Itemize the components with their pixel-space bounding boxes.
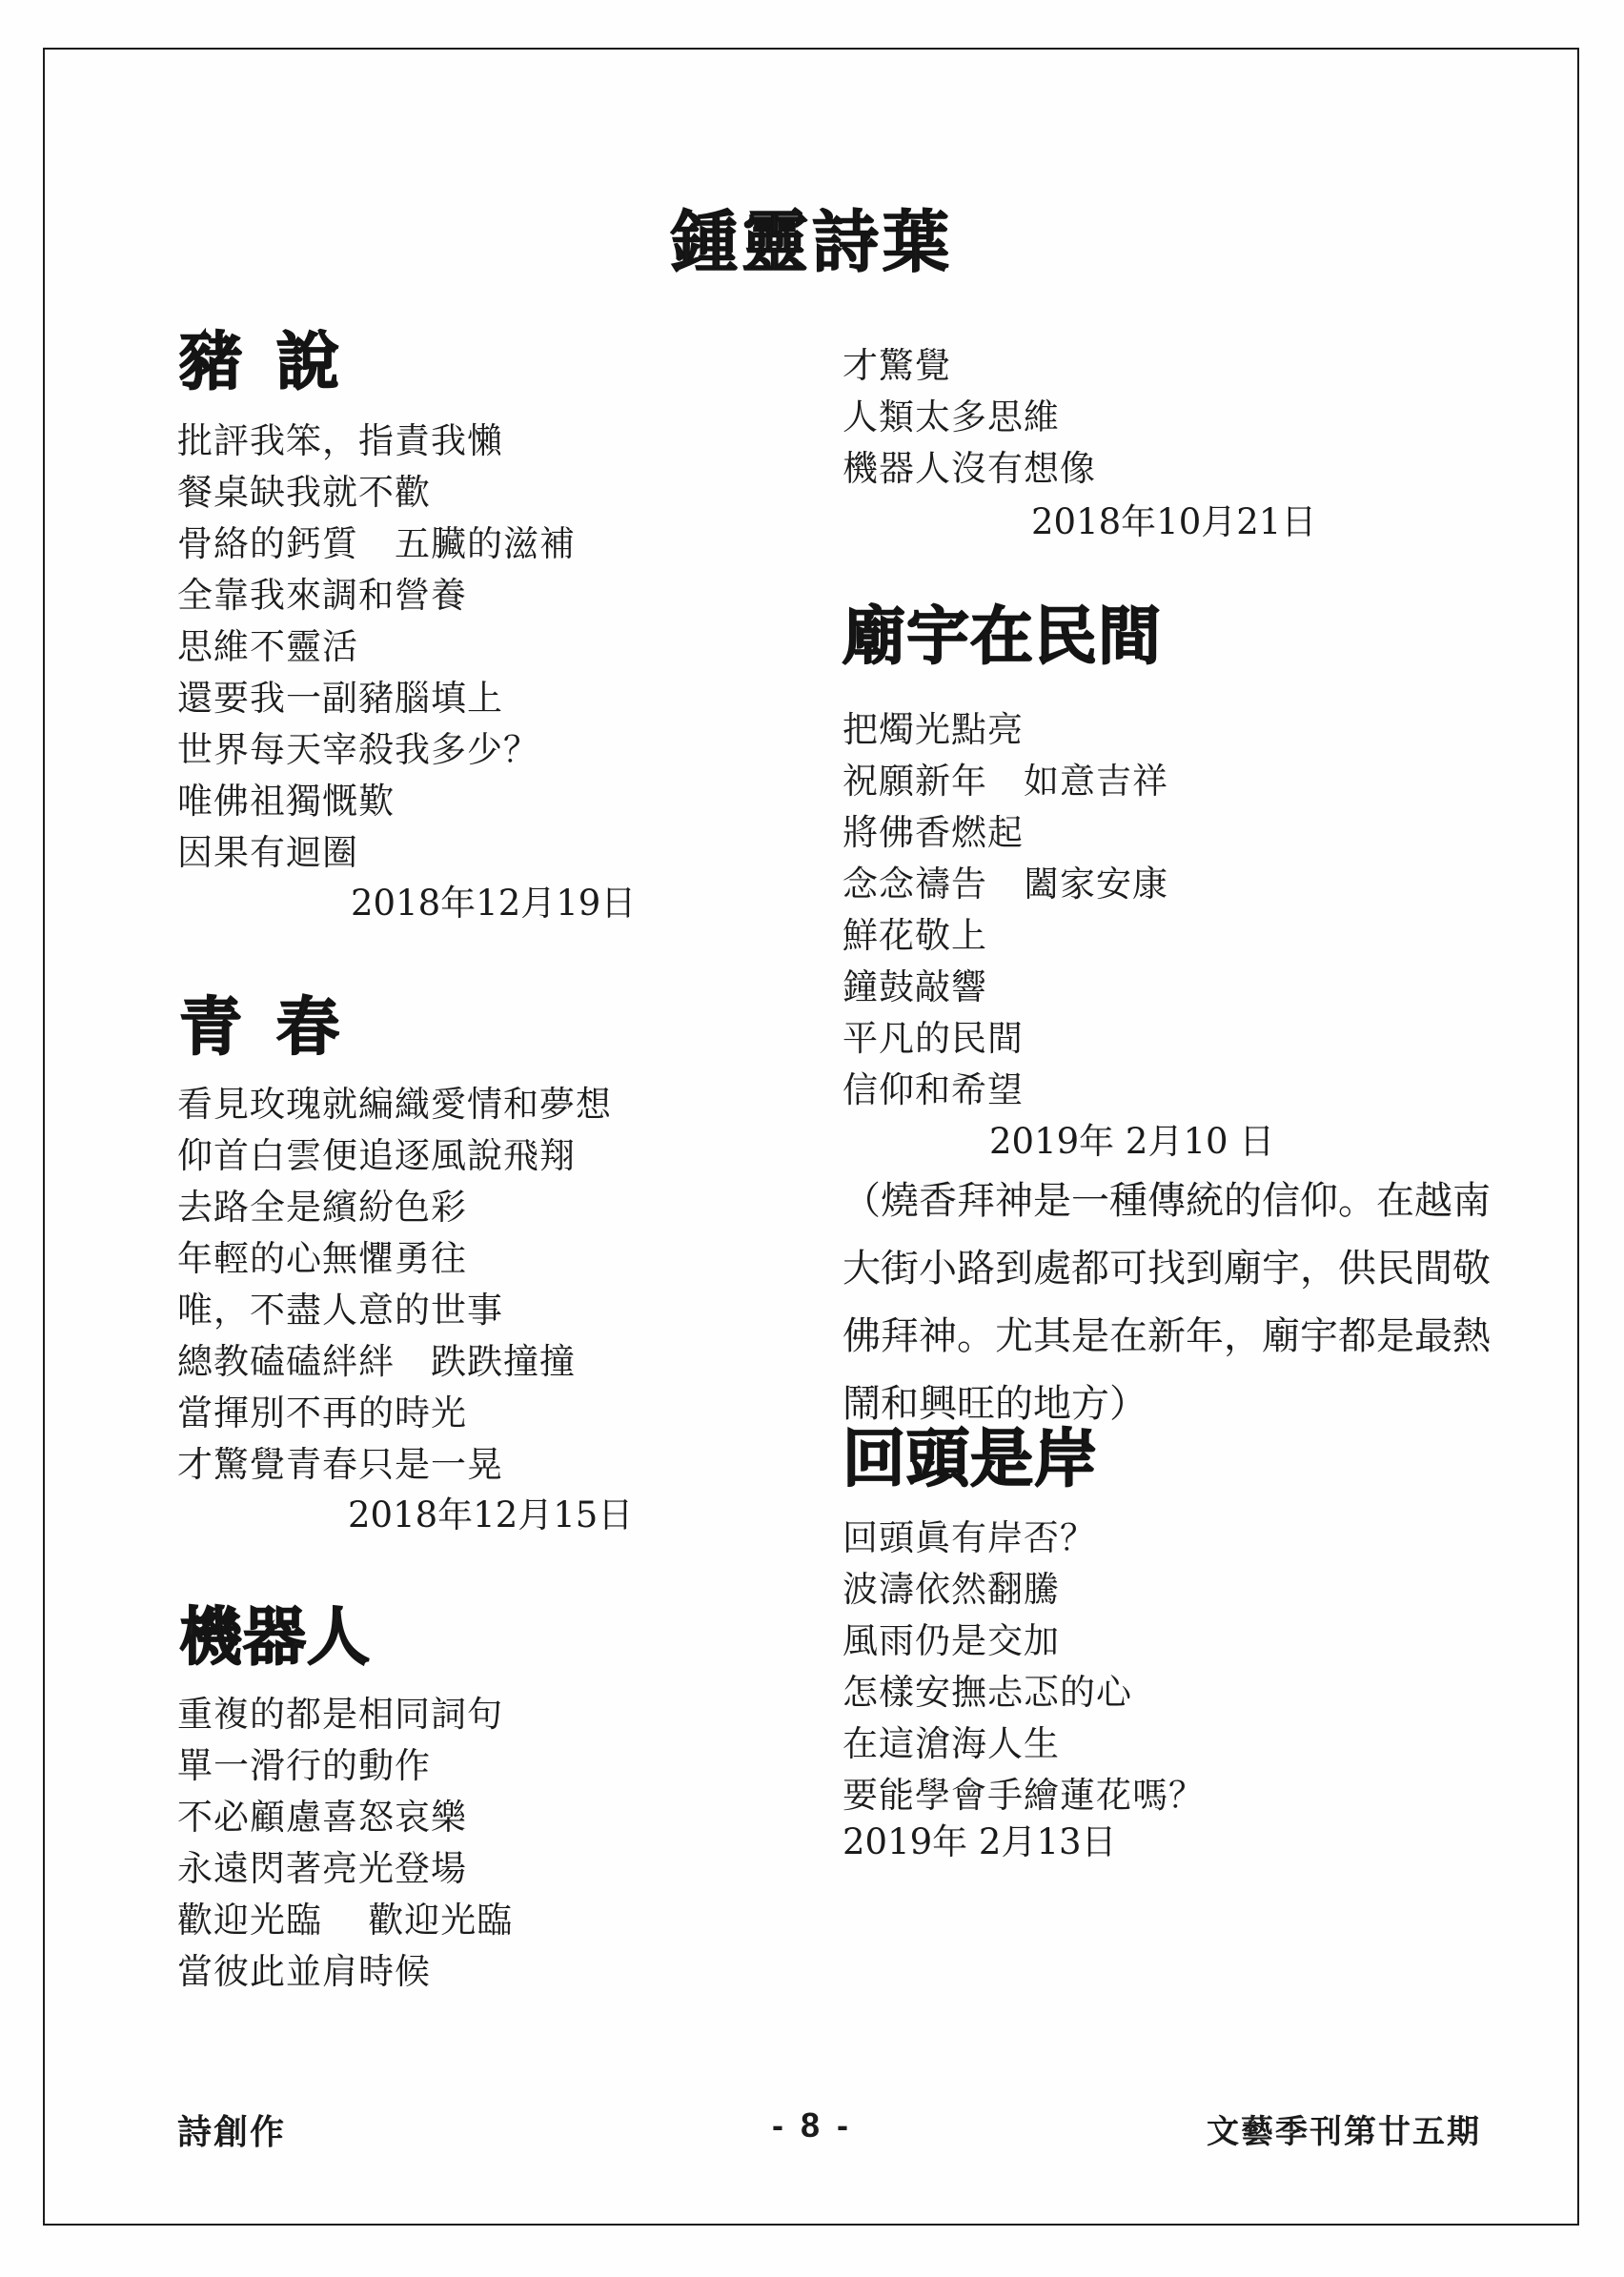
poem-turn-back: 回頭眞有岸否？ 波濤依然翻騰 風雨仍是交加 怎樣安撫忐忑的心 在這滄海人生 要能… — [842, 1514, 1205, 1822]
poem-title-pig-says: 豬 說 — [179, 330, 340, 396]
poem-line: 將佛香燃起 — [842, 808, 1168, 860]
poem-title-turn-back: 回頭是岸 — [842, 1427, 1098, 1493]
poem-robot-left: 重複的都是相同詞句 單一滑行的動作 不必顧慮喜怒哀樂 永遠閃著亮光登場 歡迎光臨… — [177, 1690, 513, 1999]
poem-line: 機器人沒有想像 — [842, 444, 1096, 496]
poem-line: 怎樣安撫忐忑的心 — [842, 1668, 1205, 1719]
poem-line: 永遠閃著亮光登場 — [177, 1844, 513, 1896]
journal-page: 鍾靈詩葉 豬 說 批評我笨，指責我懶 餐桌缺我就不歡 骨絡的鈣質 五臟的滋補 全… — [0, 0, 1624, 2277]
poem-line: 才驚覺 — [842, 341, 1096, 393]
poem-line: 看見玫瑰就編織愛情和夢想 — [177, 1080, 612, 1131]
poem-date-youth: 2018年12月15日 — [348, 1496, 633, 1535]
poem-line: 總教磕磕絆絆 跌跌撞撞 — [177, 1337, 612, 1389]
poem-line: 世界每天宰殺我多少？ — [177, 725, 576, 777]
poem-line: 當揮別不再的時光 — [177, 1389, 612, 1440]
poem-line: 把燭光點亮 — [842, 705, 1168, 757]
poem-line: 還要我一副豬腦填上 — [177, 674, 576, 725]
poem-line: 在這滄海人生 — [842, 1719, 1205, 1771]
note-line: 大街小路到處都可找到廟宇，供民間敬 — [842, 1234, 1491, 1302]
poem-line: 唯佛祖獨慨歎 — [177, 777, 576, 828]
note-line: （燒香拜神是一種傳統的信仰。在越南 — [842, 1167, 1491, 1234]
poem-youth: 看見玫瑰就編織愛情和夢想 仰首白雲便追逐風說飛翔 去路全是繽紛色彩 年輕的心無懼… — [177, 1080, 612, 1492]
poem-date-robot: 2018年10月21日 — [1031, 503, 1316, 541]
poem-line: 重複的都是相同詞句 — [177, 1690, 513, 1741]
poem-pig-says: 批評我笨，指責我懶 餐桌缺我就不歡 骨絡的鈣質 五臟的滋補 全靠我來調和營養 思… — [177, 417, 576, 880]
poem-line: 回頭眞有岸否？ — [842, 1514, 1205, 1565]
poem-line: 祝願新年 如意吉祥 — [842, 757, 1168, 808]
poem-temples: 把燭光點亮 祝願新年 如意吉祥 將佛香燃起 念念禱告 闔家安康 鮮花敬上 鐘鼓敲… — [842, 705, 1168, 1117]
poem-line: 餐桌缺我就不歡 — [177, 468, 576, 519]
poem-line: 要能學會手繪蓮花嗎？ — [842, 1771, 1205, 1822]
poem-date-turn-back: 2019年 2月13日 — [842, 1823, 1117, 1861]
poem-title-temples: 廟宇在民間 — [842, 604, 1162, 670]
poem-line: 念念禱告 闔家安康 — [842, 860, 1168, 911]
poem-line: 年輕的心無懼勇往 — [177, 1234, 612, 1286]
poem-date-pig-says: 2018年12月19日 — [351, 884, 636, 923]
poem-line: 波濤依然翻騰 — [842, 1565, 1205, 1616]
poem-line: 因果有迴圈 — [177, 828, 576, 880]
poem-date-temples: 2019年 2月10 日 — [989, 1123, 1274, 1161]
poem-note-temples: （燒香拜神是一種傳統的信仰。在越南 大街小路到處都可找到廟宇，供民間敬 佛拜神。… — [842, 1167, 1491, 1437]
poem-robot-right: 才驚覺 人類太多思維 機器人沒有想像 — [842, 341, 1096, 496]
poem-line: 骨絡的鈣質 五臟的滋補 — [177, 519, 576, 571]
poem-line: 才驚覺青春只是一晃 — [177, 1440, 612, 1492]
poem-line: 人類太多思維 — [842, 393, 1096, 444]
poem-line: 鮮花敬上 — [842, 911, 1168, 963]
poem-line: 鐘鼓敲響 — [842, 963, 1168, 1014]
footer-journal-label: 文藝季刊第廿五期 — [1207, 2105, 1481, 2152]
poem-line: 信仰和希望 — [842, 1066, 1168, 1117]
poem-line: 當彼此並肩時候 — [177, 1947, 513, 1999]
poem-line: 平凡的民間 — [842, 1014, 1168, 1066]
poem-line: 不必顧慮喜怒哀樂 — [177, 1793, 513, 1844]
poem-line: 全靠我來調和營養 — [177, 571, 576, 622]
poem-line: 批評我笨，指責我懶 — [177, 417, 576, 468]
page-title: 鍾靈詩葉 — [0, 189, 1624, 285]
poem-title-robot: 機器人 — [179, 1605, 371, 1671]
poem-line: 唯，不盡人意的世事 — [177, 1286, 612, 1337]
poem-line: 風雨仍是交加 — [842, 1616, 1205, 1668]
poem-line: 歡迎光臨 歡迎光臨 — [177, 1896, 513, 1947]
poem-line: 去路全是繽紛色彩 — [177, 1183, 612, 1234]
poem-line: 單一滑行的動作 — [177, 1741, 513, 1793]
poem-line: 思維不靈活 — [177, 622, 576, 674]
poem-line: 仰首白雲便追逐風說飛翔 — [177, 1131, 612, 1183]
poem-title-youth: 青 春 — [179, 995, 340, 1061]
note-line: 佛拜神。尤其是在新年，廟宇都是最熱 — [842, 1302, 1491, 1370]
